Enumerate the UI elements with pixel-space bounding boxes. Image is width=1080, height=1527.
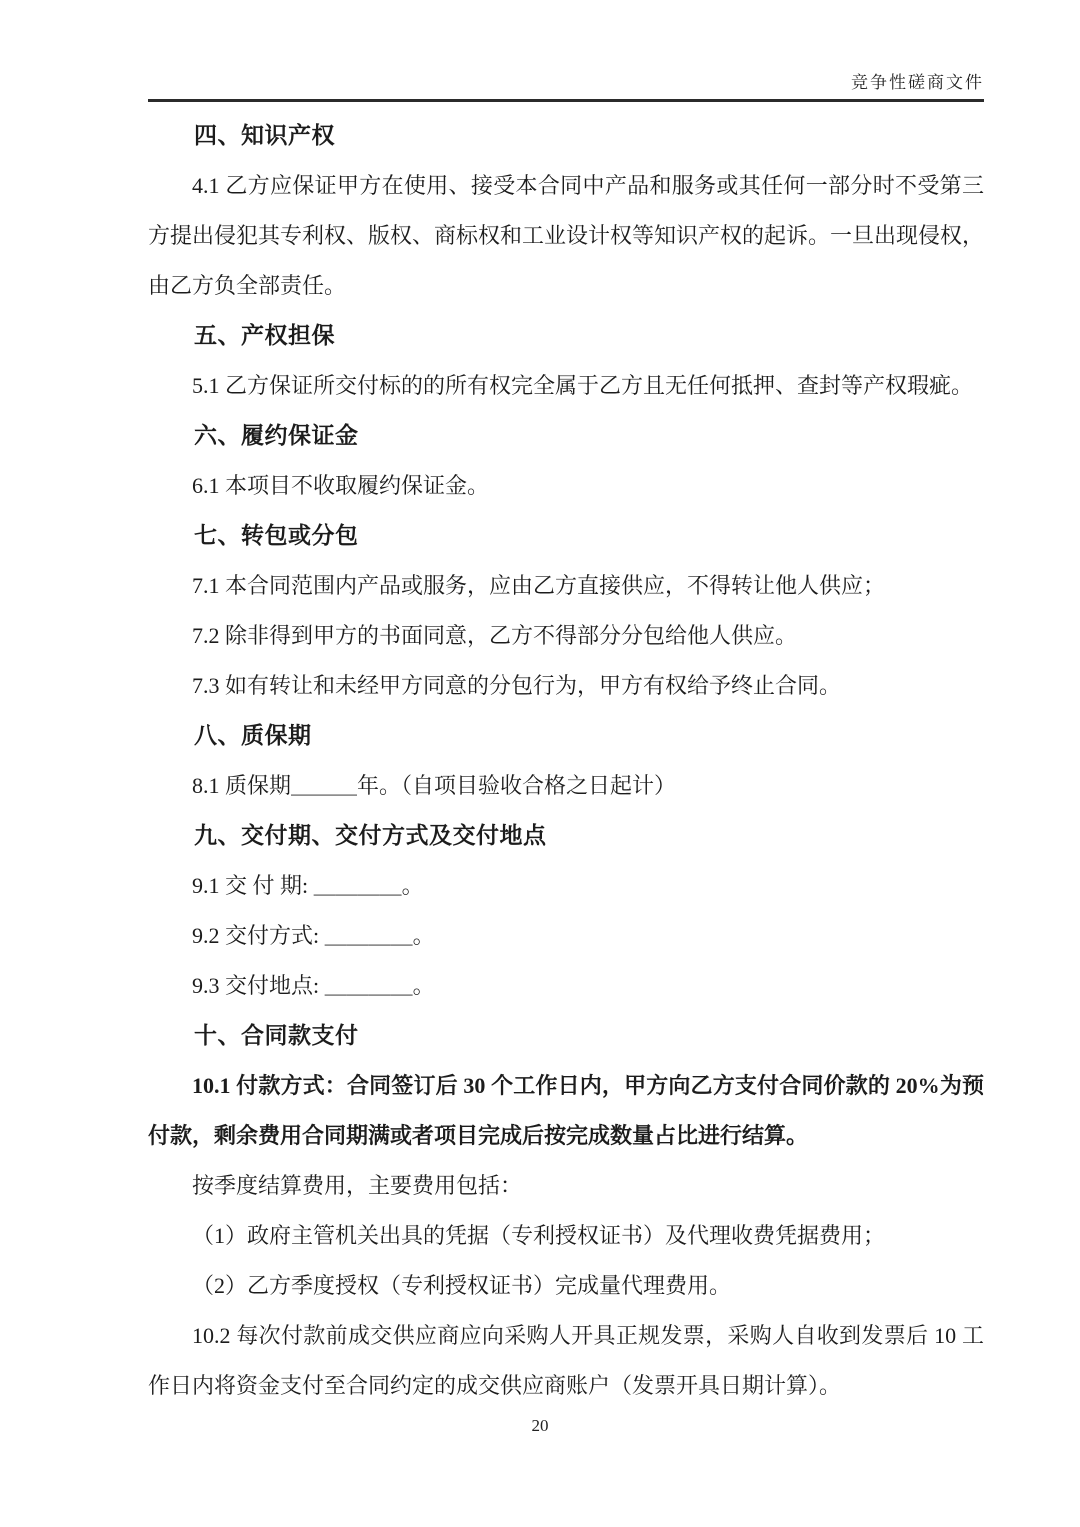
document-body: 四、知识产权4.1 乙方应保证甲方在使用、接受本合同中产品和服务或其任何一部分时… <box>148 111 984 1411</box>
section-heading: 九、交付期、交付方式及交付地点 <box>148 811 984 861</box>
paragraph: 7.3 如有转让和未经甲方同意的分包行为，甲方有权给予终止合同。 <box>148 661 984 711</box>
section-heading: 五、产权担保 <box>148 311 984 361</box>
header-rule <box>148 99 984 102</box>
paragraph: 4.1 乙方应保证甲方在使用、接受本合同中产品和服务或其任何一部分时不受第三方提… <box>148 161 984 311</box>
paragraph: （1）政府主管机关出具的凭据（专利授权证书）及代理收费凭据费用； <box>148 1211 984 1261</box>
section-heading: 六、履约保证金 <box>148 411 984 461</box>
section-heading: 四、知识产权 <box>148 111 984 161</box>
paragraph: 9.1 交 付 期: ＿＿＿＿。 <box>148 861 984 911</box>
section-heading: 十、合同款支付 <box>148 1011 984 1061</box>
paragraph: 9.2 交付方式: ＿＿＿＿。 <box>148 911 984 961</box>
paragraph: 5.1 乙方保证所交付标的的所有权完全属于乙方且无任何抵押、查封等产权瑕疵。 <box>148 361 984 411</box>
paragraph: 9.3 交付地点: ＿＿＿＿。 <box>148 961 984 1011</box>
section-heading: 七、转包或分包 <box>148 511 984 561</box>
paragraph: 按季度结算费用，主要费用包括： <box>148 1161 984 1211</box>
paragraph: 6.1 本项目不收取履约保证金。 <box>148 461 984 511</box>
page-number: 20 <box>0 1416 1080 1436</box>
document-page: 竞争性磋商文件 四、知识产权4.1 乙方应保证甲方在使用、接受本合同中产品和服务… <box>0 0 1080 1527</box>
paragraph: （2）乙方季度授权（专利授权证书）完成量代理费用。 <box>148 1261 984 1311</box>
paragraph: 7.2 除非得到甲方的书面同意，乙方不得部分分包给他人供应。 <box>148 611 984 661</box>
paragraph: 7.1 本合同范围内产品或服务，应由乙方直接供应，不得转让他人供应； <box>148 561 984 611</box>
paragraph: 8.1 质保期＿＿＿年。（自项目验收合格之日起计） <box>148 761 984 811</box>
paragraph: 10.1 付款方式：合同签订后 30 个工作日内，甲方向乙方支付合同价款的 20… <box>148 1061 984 1161</box>
page-header-title: 竞争性磋商文件 <box>851 68 984 93</box>
paragraph: 10.2 每次付款前成交供应商应向采购人开具正规发票，采购人自收到发票后 10 … <box>148 1311 984 1411</box>
section-heading: 八、质保期 <box>148 711 984 761</box>
